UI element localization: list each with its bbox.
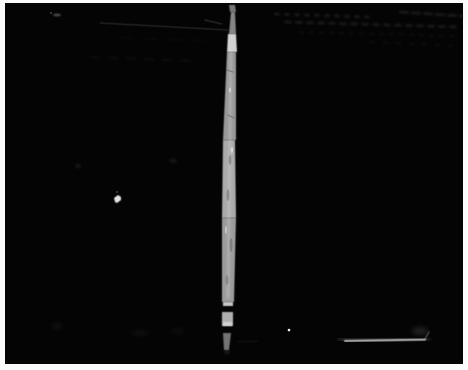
left-page-white-glint [114,195,121,203]
gutter-strip-upper-narrow [229,12,236,34]
top-speckle-row-2 [285,22,460,27]
left-page-smudge-1 [75,164,81,168]
left-page-smudge-2 [169,159,177,163]
top-speckle-row-1 [275,14,370,17]
gutter-mottle-dark-5 [230,238,233,252]
top-speckle-row-5 [370,42,458,46]
left-page-fleck-dot [50,12,52,14]
left-page-fleck [53,13,61,16]
left-page-faint-row-2 [120,38,215,41]
gutter-fleck-bright-1 [231,147,233,153]
bottom-left-smudge-1 [52,324,62,329]
bottom-right-smudge [412,327,428,335]
gutter-fleck-bright-3 [229,88,231,93]
gutter-strip-glint-2 [223,322,232,326]
gutter-strip-seg-e [223,333,231,350]
photo-art [0,0,468,370]
bottom-edge-streak-tail [238,341,258,342]
gutter-strip-glint-1 [223,302,233,306]
bottom-left-smudge-3 [172,329,184,334]
scanned-photo-canvas [0,0,468,370]
bottom-edge-streak-glow [340,339,428,340]
gutter-mottle-dark-6 [226,275,229,285]
gutter-bottom-fade [224,350,230,354]
top-speckle-row-4 [400,12,462,16]
bottom-edge-bright-dot [288,329,291,332]
gutter-left-diagonal-tick [205,20,222,24]
left-page-diagonal-scratch [100,23,228,30]
left-page-white-glint-dot [116,191,118,193]
bottom-left-smudge-2 [132,330,148,336]
gutter-mottle-dark-3 [229,155,232,165]
top-speckle-row-3 [300,32,455,36]
left-page-faint-row-1 [90,57,190,61]
gutter-fleck-bright-2 [225,226,227,234]
gutter-mottle-dark-4 [227,189,230,201]
gutter-strip-top-nub [229,5,236,12]
